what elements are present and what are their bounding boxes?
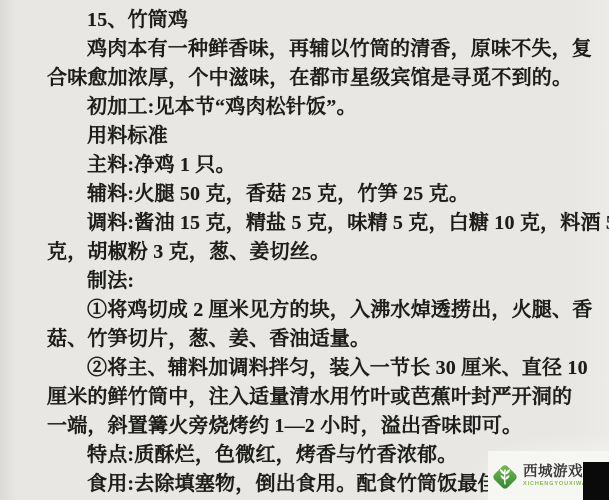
- text-line: 主料:净鸡 1 只。: [47, 151, 583, 180]
- text-line: ②将主、辅料加调料拌匀，装入一节长 30 厘米、直径 10: [47, 354, 583, 383]
- text-line: 制法:: [47, 267, 583, 296]
- text-line: 用料标准: [47, 122, 583, 151]
- text-line: 克，胡椒粉 3 克，葱、姜切丝。: [47, 238, 583, 267]
- text-line: 合味愈加浓厚，个中滋味，在都市星级宾馆是寻觅不到的。: [47, 64, 583, 93]
- text-line: 一端，斜置篝火旁烧烤约 1—2 小时，溢出香味即可。: [47, 412, 583, 441]
- text-line: 调料:酱油 15 克，精盐 5 克，味精 5 克，白糖 10 克，料酒 5: [47, 209, 583, 238]
- recipe-text: 15、竹筒鸡鸡肉本有一种鲜香味，再辅以竹筒的清香，原味不失，复合味愈加浓厚，个中…: [47, 6, 583, 499]
- text-line: 辅料:火腿 50 克，香菇 25 克，竹笋 25 克。: [47, 180, 583, 209]
- text-line: 鸡肉本有一种鲜香味，再辅以竹筒的清香，原味不失，复: [47, 35, 583, 64]
- leaf-diamond-icon: [491, 461, 519, 491]
- text-line: ①将鸡切成 2 厘米见方的块，入沸水焯透捞出，火腿、香: [47, 296, 583, 325]
- text-line: 15、竹筒鸡: [47, 6, 583, 35]
- text-line: 菇、竹笋切片，葱、姜、香油适量。: [47, 325, 583, 354]
- scanned-page: 15、竹筒鸡鸡肉本有一种鲜香味，再辅以竹筒的清香，原味不失，复合味愈加浓厚，个中…: [0, 0, 609, 500]
- text-line: 初加工:见本节“鸡肉松针饭”。: [47, 93, 583, 122]
- black-corner-box: [583, 462, 609, 500]
- text-line: 厘米的鲜竹筒中，注入适量清水用竹叶或芭蕉叶封严开洞的: [47, 383, 583, 412]
